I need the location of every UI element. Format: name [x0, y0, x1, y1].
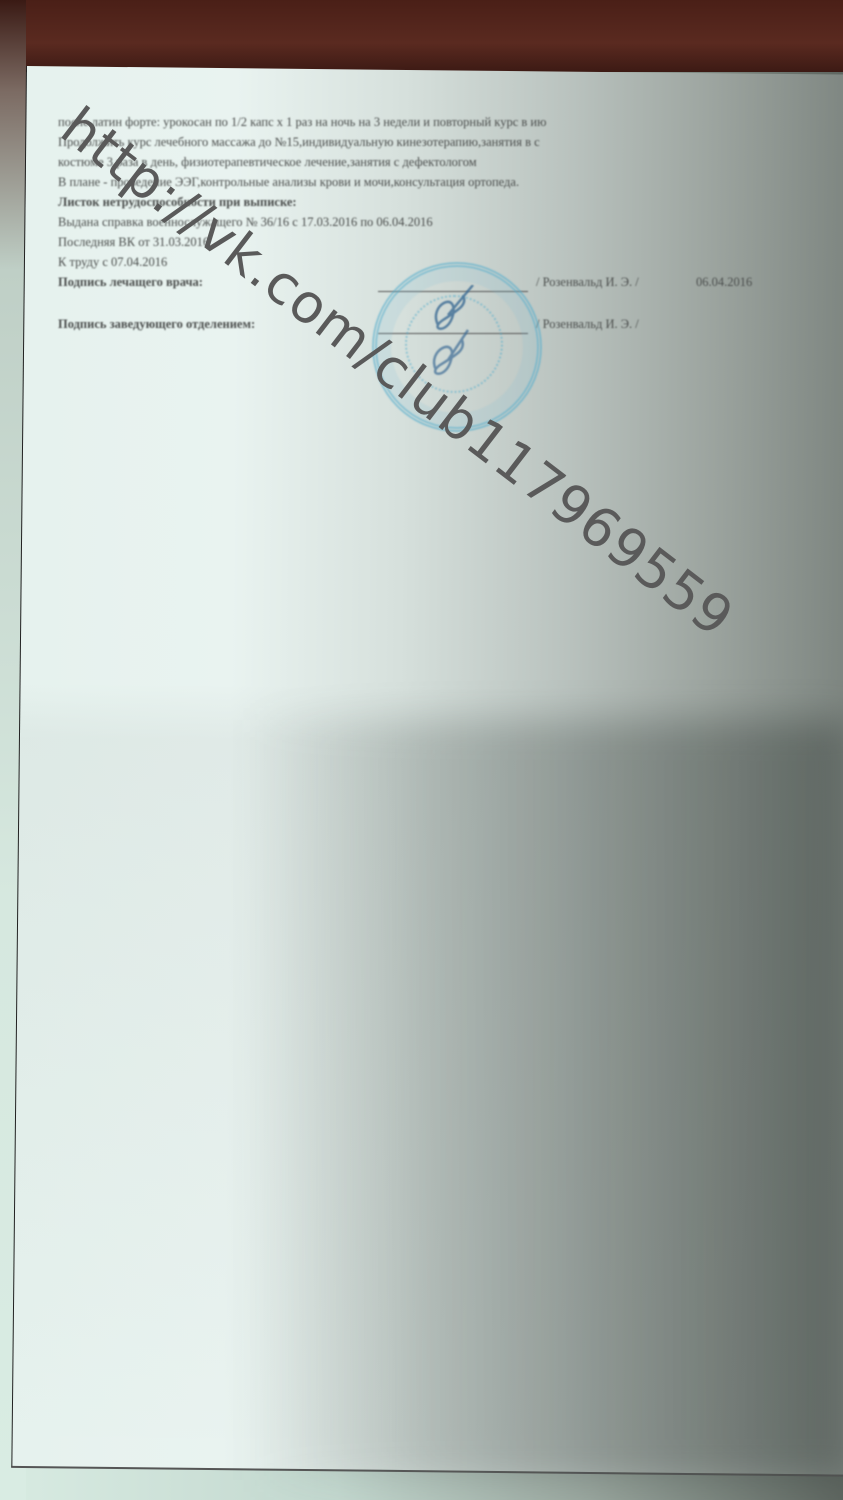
- treatment-line-2: Продолжить курс лечебного массажа до №15…: [58, 132, 843, 152]
- treatment-line-1: после латин форте: урокосан по 1/2 капс …: [58, 112, 843, 132]
- shadow-overlay: [250, 720, 843, 1480]
- head-name: / Розенвальд И. Э. /: [536, 314, 696, 334]
- doctor-signature-date: 06.04.2016: [696, 272, 752, 292]
- doctor-name: / Розенвальд И. Э. /: [536, 272, 696, 292]
- background-surface: [0, 0, 843, 72]
